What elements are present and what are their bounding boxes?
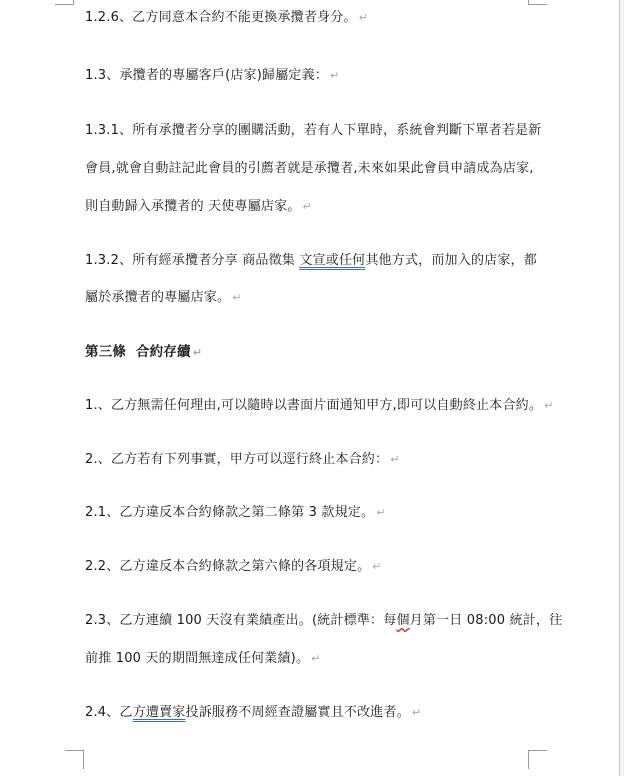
paragraph-3-2-4[interactable]: 2.4、乙方遭賣家投訴服務不周經查證屬實且不改進者。↵ [85, 704, 421, 722]
paragraph-text: 投訴服務不周經查證屬實且不改進者。 [186, 705, 410, 720]
paragraph-3-1[interactable]: 1.、乙方無需任何理由,可以隨時以書面片面通知甲方,即可以自動終止本合約。↵ [85, 397, 554, 415]
margin-corner-top-left [55, 0, 74, 5]
paragraph-3-2-1[interactable]: 2.1、乙方違反本合約條款之第二條第 3 款規定。↵ [85, 504, 386, 522]
paragraph-mark-icon: ↵ [303, 200, 312, 213]
paragraph-text: 屬於承攬者的專屬店家。 [85, 290, 230, 305]
paragraph-text: 前推 100 天的期間無達成任何業績)。 [85, 651, 309, 666]
paragraph-text: 1.、乙方無需任何理由,可以隨時以書面片面通知甲方,即可以自動終止本合約。 [85, 398, 542, 413]
paragraph-text: 則自動歸入承攬者的 天使專屬店家。 [85, 199, 301, 214]
paragraph-text: 2.、乙方若有下列事實，甲方可以逕行終止本合約： [85, 452, 388, 467]
margin-corner-bottom-right [528, 750, 547, 769]
paragraph-mark-icon: ↵ [372, 560, 381, 573]
paragraph-text: 1.3.2、所有經承攬者分享 商品徵集 [85, 253, 299, 268]
paragraph-mark-icon: ↵ [412, 706, 421, 719]
paragraph-mark-icon: ↵ [376, 506, 385, 519]
paragraph-1-3-1-line-3[interactable]: 則自動歸入承攬者的 天使專屬店家。↵ [85, 198, 312, 216]
paragraph-text: 1.3、承攬者的專屬客戶(店家)歸屬定義： [85, 68, 328, 83]
paragraph-text: 2.4、乙 [85, 705, 133, 720]
paragraph-3-2[interactable]: 2.、乙方若有下列事實，甲方可以逕行終止本合約：↵ [85, 451, 400, 469]
paragraph-text: 2.1、乙方違反本合約條款之第二條第 3 款規定。 [85, 505, 374, 520]
page-right-edge [619, 0, 624, 776]
paragraph-text: 2.3、乙方連續 100 天沒有業績產出。(統計標準：每 [85, 613, 396, 628]
paragraph-3-2-3-line-1[interactable]: 2.3、乙方連續 100 天沒有業績產出。(統計標準：每個月第一日 08:00 … [85, 612, 562, 630]
paragraph-3-2-2[interactable]: 2.2、乙方違反本合約條款之第六條的各項規定。↵ [85, 558, 382, 576]
paragraph-mark-icon: ↵ [359, 11, 368, 24]
paragraph-mark-icon: ↵ [311, 652, 320, 665]
paragraph-text: 1.2.6、乙方同意本合約不能更換承攬者身分。 [85, 10, 357, 25]
paragraph-mark-icon: ↵ [193, 346, 202, 359]
section-heading-article-3[interactable]: 第三條 合約存續↵ [85, 343, 202, 362]
heading-text: 第三條 合約存續 [85, 344, 191, 360]
document-page[interactable]: 1.2.6、乙方同意本合約不能更換承攬者身分。↵ 1.3、承攬者的專屬客戶(店家… [0, 0, 620, 776]
paragraph-text: 會員,就會自動註記此會員的引薦者就是承攬者,未來如果此會員申請成為店家, [85, 161, 534, 176]
paragraph-1-3-2-line-1[interactable]: 1.3.2、所有經承攬者分享 商品徵集 文宣或任何其他方式，而加入的店家，都 [85, 252, 537, 270]
paragraph-mark-icon: ↵ [232, 291, 241, 304]
paragraph-1-3-1-line-1[interactable]: 1.3.1、所有承攬者分享的團購活動，若有人下單時，系統會判斷下單者若是新 [85, 122, 541, 140]
paragraph-mark-icon: ↵ [390, 453, 399, 466]
grammar-flagged-text[interactable]: 文宣或任何 [299, 253, 365, 268]
paragraph-1-3[interactable]: 1.3、承攬者的專屬客戶(店家)歸屬定義：↵ [85, 67, 339, 85]
paragraph-1-3-1-line-2[interactable]: 會員,就會自動註記此會員的引薦者就是承攬者,未來如果此會員申請成為店家, [85, 160, 534, 178]
paragraph-mark-icon: ↵ [330, 69, 339, 82]
paragraph-text: 月第一日 08:00 統計，往 [410, 613, 563, 628]
paragraph-text: 1.3.1、所有承攬者分享的團購活動，若有人下單時，系統會判斷下單者若是新 [85, 123, 541, 138]
spelling-flagged-text[interactable]: 個 [396, 613, 409, 628]
paragraph-1-2-6[interactable]: 1.2.6、乙方同意本合約不能更換承攬者身分。↵ [85, 9, 368, 27]
paragraph-text: 2.2、乙方違反本合約條款之第六條的各項規定。 [85, 559, 370, 574]
paragraph-text: 其他方式，而加入的店家，都 [365, 253, 537, 268]
margin-corner-bottom-left [65, 750, 84, 769]
paragraph-mark-icon: ↵ [544, 399, 553, 412]
paragraph-1-3-2-line-2[interactable]: 屬於承攬者的專屬店家。↵ [85, 289, 242, 307]
paragraph-3-2-3-line-2[interactable]: 前推 100 天的期間無達成任何業績)。↵ [85, 650, 321, 668]
grammar-flagged-text[interactable]: 方遭賣家 [133, 705, 186, 720]
margin-corner-top-right [528, 0, 547, 5]
